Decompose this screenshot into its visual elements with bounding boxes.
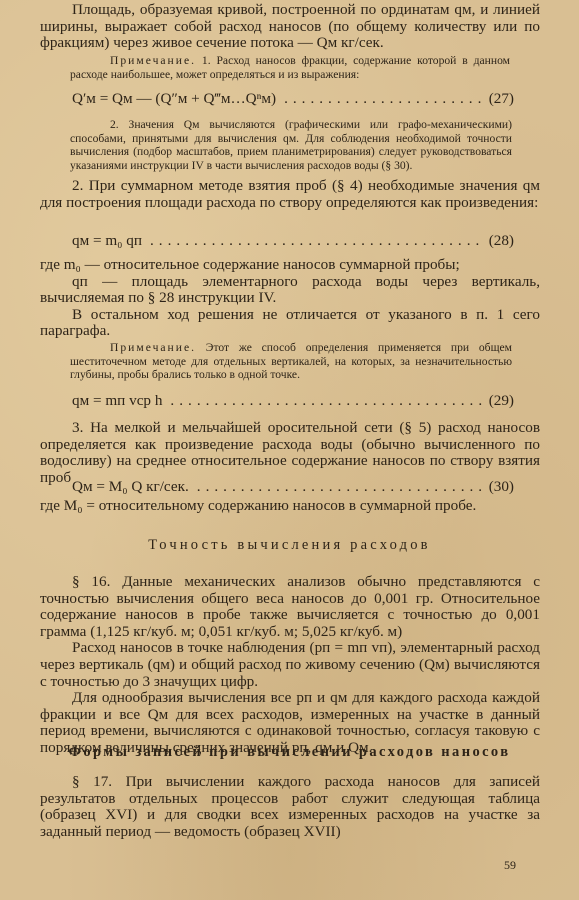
- note-label: Примечание.: [110, 54, 196, 67]
- formula-number: (27): [485, 90, 514, 107]
- definitions-28: где m₀ — относительное содержание наносо…: [40, 257, 540, 340]
- paragraph: § 17. При вычислении каждого расхода нан…: [40, 774, 540, 840]
- paragraph: Расход наносов в точке наблюдения (pп = …: [40, 640, 540, 690]
- paragraph-16: § 16. Данные механических анализов обычн…: [40, 574, 540, 757]
- note-text: 2. Значения Qм вычисляются (графическими…: [70, 118, 512, 172]
- page-number: 59: [504, 858, 516, 873]
- paragraph: Площадь, образуемая кривой, построенной …: [40, 2, 540, 52]
- section-heading-forms: Формы записей при вычислении расходов на…: [0, 744, 579, 761]
- leader-dots: ........................................…: [189, 478, 485, 495]
- paragraph: 3. На мелкой и мельчайшей оросительной с…: [40, 420, 540, 486]
- formula-27: Q′м = Qм — (Q″м + Q‴м…Qⁿм) .............…: [72, 90, 514, 107]
- paragraph-2: 2. При суммарном методе взятия проб (§ 4…: [40, 178, 540, 211]
- note-label: Примечание.: [110, 341, 196, 354]
- paragraph-17: § 17. При вычислении каждого расхода нан…: [40, 774, 540, 840]
- formula-expression: qм = m₀ qп: [72, 232, 142, 249]
- leader-dots: ........................................…: [142, 232, 485, 249]
- formula-number: (28): [485, 232, 514, 249]
- section-heading-accuracy: Точность вычисления расходов: [0, 537, 579, 554]
- formula-expression: qм = mп vср h: [72, 392, 162, 409]
- book-page: Площадь, образуемая кривой, построенной …: [0, 0, 579, 900]
- formula-30: Qм = M₀ Q кг/сек. ......................…: [72, 478, 514, 495]
- leader-dots: ........................................…: [162, 392, 484, 409]
- formula-29: qм = mп vср h ..........................…: [72, 392, 514, 409]
- formula-28: qм = m₀ qп .............................…: [72, 232, 514, 249]
- note-3: Примечание. Этот же способ определения п…: [70, 341, 512, 382]
- paragraph: § 16. Данные механических анализов обычн…: [40, 574, 540, 640]
- paragraph: 2. При суммарном методе взятия проб (§ 4…: [40, 178, 540, 211]
- definition-qp: qп — площадь элементарного расхода воды …: [40, 274, 540, 307]
- formula-expression: Q′м = Qм — (Q″м + Q‴м…Qⁿм): [72, 90, 276, 107]
- leader-dots: ........................................…: [276, 90, 485, 107]
- note-2: 2. Значения Qм вычисляются (графическими…: [70, 118, 512, 172]
- paragraph: В остальном ход решения не отличается от…: [40, 307, 540, 340]
- note-1: Примечание. 1. Расход наносов фракции, с…: [70, 54, 510, 81]
- formula-number: (30): [485, 478, 514, 495]
- definition-30: где M₀ = относительному содержанию нанос…: [40, 498, 540, 515]
- paragraph-area-definition: Площадь, образуемая кривой, построенной …: [40, 2, 540, 52]
- formula-expression: Qм = M₀ Q кг/сек.: [72, 478, 189, 495]
- paragraph-3: 3. На мелкой и мельчайшей оросительной с…: [40, 420, 540, 486]
- definition-m0: где m₀ — относительное содержание наносо…: [40, 257, 540, 274]
- formula-number: (29): [485, 392, 514, 409]
- definition-m0: где M₀ = относительному содержанию нанос…: [40, 498, 540, 515]
